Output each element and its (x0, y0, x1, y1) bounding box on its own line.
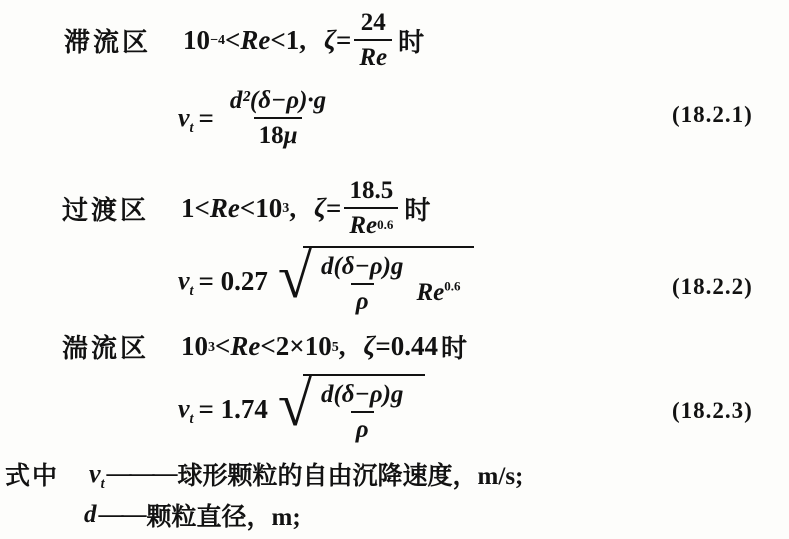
re-base: 10 (181, 331, 208, 362)
fraction-numerator: d(δ−ρ)g (316, 252, 408, 283)
re-symbol: Re (230, 331, 260, 362)
velocity-subscript: t (190, 411, 194, 427)
zeta-fraction: 18.5 Re0.6 (344, 176, 398, 240)
radical-sign: √ (278, 374, 312, 436)
radicand: d(δ−ρ)g ρ (303, 374, 425, 444)
turbulent-formula-row: vt = 1.74 √ d(δ−ρ)g ρ (178, 374, 425, 444)
coefficient: = 0.27 (199, 266, 268, 297)
re-symbol: Re (349, 211, 377, 241)
fraction-denominator: 18μ (254, 117, 303, 151)
reynolds-factor: Re0.6 (416, 279, 460, 307)
equals-sign: = (336, 25, 351, 56)
zeta-symbol: ζ (363, 331, 375, 362)
comma: , (289, 193, 296, 224)
laminar-formula-fraction: d²(δ−ρ)·g 18μ (225, 86, 331, 150)
fraction-numerator: d²(δ−ρ)·g (225, 86, 331, 117)
laminar-formula-row: vt = d²(δ−ρ)·g 18μ (178, 86, 334, 150)
zeta-symbol: ζ (324, 25, 336, 56)
transition-zeta-definition: ζ= (314, 193, 341, 224)
turbulent-reynolds-range: 103<Re<2×105, (181, 331, 363, 362)
velocity-subscript: t (190, 283, 194, 299)
fraction-denominator: Re0.6 (344, 207, 398, 241)
velocity-symbol: vt (89, 459, 105, 489)
re-symbol: Re (240, 25, 270, 56)
transition-reynolds-range: 1<Re<103, (181, 193, 314, 224)
equation-number-18-2-1: (18.2.1) (672, 102, 753, 128)
equals-sign: = (199, 103, 214, 134)
zone-label-turbulent: 湍流区 (62, 328, 149, 365)
diameter-definition-text: 颗粒直径，m; (147, 497, 301, 533)
mu-symbol: μ (284, 121, 298, 151)
velocity-subscript: t (190, 120, 194, 136)
zone-label-transition: 过渡区 (62, 190, 149, 227)
when-suffix: 时 (441, 328, 467, 365)
square-root: √ d(δ−ρ)g ρ (278, 374, 426, 444)
radicand-fraction: d(δ−ρ)g ρ (316, 252, 408, 316)
zeta-symbol: ζ (314, 193, 326, 224)
radicand: d(δ−ρ)g ρ Re0.6 (303, 246, 475, 316)
range-end: <1, (270, 25, 306, 56)
where-clause-row-2: d —— 颗粒直径，m; (84, 497, 301, 533)
re-symbol: Re (210, 193, 240, 224)
fraction-denominator: ρ (351, 283, 374, 317)
where-label: 式中 (5, 456, 59, 492)
lt-sign: < (240, 193, 255, 224)
zone-label-laminar: 滞流区 (64, 22, 151, 59)
lt-sign: < (215, 331, 230, 362)
velocity-definition-text: 球形颗粒的自由沉降速度，m/s; (178, 456, 524, 492)
lt-sign: < (225, 25, 240, 56)
range-upper: <2×10 (260, 331, 331, 362)
velocity-symbol: vt (178, 266, 194, 296)
textbook-page: { "colors": { "background": "#fdfdfb", "… (0, 0, 789, 539)
velocity-subscript: t (101, 476, 105, 492)
when-suffix: 时 (398, 22, 424, 59)
comma: , (339, 331, 346, 362)
radical-sign: √ (278, 246, 312, 308)
laminar-reynolds-range: 10−4<Re<1, (183, 25, 324, 56)
range-start: 1< (181, 193, 210, 224)
definition-dash: ——— (107, 460, 176, 488)
re-base: 10 (183, 25, 210, 56)
equation-number-18-2-2: (18.2.2) (672, 274, 753, 300)
laminar-condition-row: 滞流区 10−4<Re<1, ζ= 24 Re 时 (64, 8, 424, 72)
turbulent-zeta-definition: ζ=0.44 (363, 331, 438, 362)
re-exponent: 0.6 (444, 279, 460, 294)
equation-number-18-2-3: (18.2.3) (672, 398, 753, 424)
transition-condition-row: 过渡区 1<Re<103, ζ= 18.5 Re0.6 时 (62, 176, 430, 240)
definition-dash: —— (99, 501, 145, 529)
velocity-symbol: vt (178, 394, 194, 424)
when-suffix: 时 (404, 190, 430, 227)
fraction-numerator: 24 (356, 8, 391, 39)
fraction-numerator: d(δ−ρ)g (316, 380, 408, 411)
zeta-value: =0.44 (375, 331, 438, 362)
square-root: √ d(δ−ρ)g ρ Re0.6 (278, 246, 475, 316)
radicand-fraction: d(δ−ρ)g ρ (316, 380, 408, 444)
where-clause-row-1: 式中 vt ——— 球形颗粒的自由沉降速度，m/s; (5, 456, 523, 492)
turbulent-condition-row: 湍流区 103<Re<2×105, ζ=0.44 时 (62, 328, 467, 365)
den-coefficient: 18 (259, 121, 284, 151)
transition-formula-row: vt = 0.27 √ d(δ−ρ)g ρ Re0.6 (178, 246, 474, 316)
diameter-symbol: d (84, 501, 97, 529)
laminar-zeta-definition: ζ= (324, 25, 351, 56)
fraction-denominator: ρ (351, 411, 374, 445)
zeta-fraction: 24 Re (354, 8, 392, 72)
velocity-symbol: vt (178, 103, 194, 133)
fraction-denominator: Re (354, 39, 392, 73)
fraction-numerator: 18.5 (345, 176, 399, 207)
equals-sign: = (326, 193, 341, 224)
re-base: 10 (255, 193, 282, 224)
coefficient: = 1.74 (199, 394, 268, 425)
